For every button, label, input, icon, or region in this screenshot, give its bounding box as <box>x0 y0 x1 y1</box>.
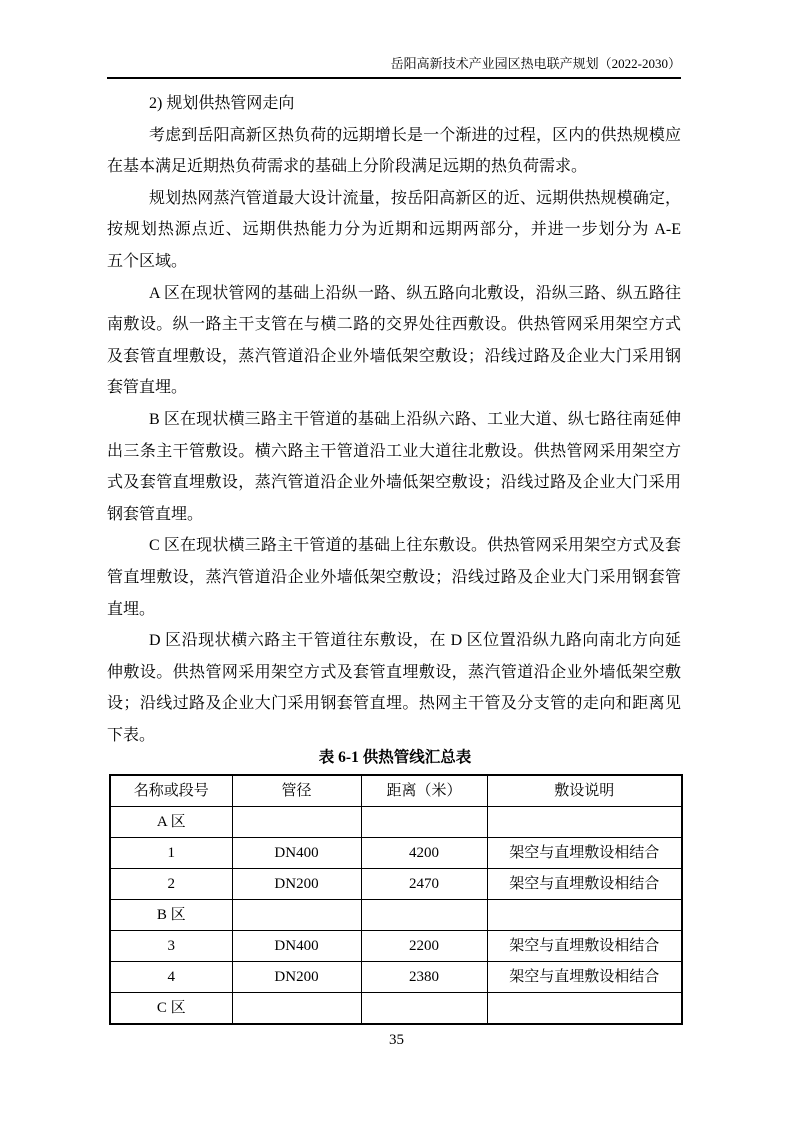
paragraph-line: 式及套管直埋敷设，蒸汽管道沿企业外墙低架空敷设；沿线过路及企业大门采用 <box>107 467 681 499</box>
table-cell <box>361 993 487 1025</box>
table-cell: 4 <box>110 962 232 993</box>
table-header-cell: 名称或段号 <box>110 775 232 807</box>
paragraph-line: 南敷设。纵一路主干支管在与横二路的交界处往西敷设。供热管网采用架空方式 <box>107 309 681 341</box>
page-header-title: 岳阳高新技术产业园区热电联产规划（2022-2030） <box>391 56 681 71</box>
table-cell <box>232 807 361 838</box>
table-cell: 4200 <box>361 838 487 869</box>
table-cell: DN200 <box>232 962 361 993</box>
paragraph-line: 伸敷设。供热管网采用架空方式及套管直埋敷设，蒸汽管道沿企业外墙低架空敷 <box>107 657 681 689</box>
table-row: B 区 <box>110 900 682 931</box>
table-cell <box>487 807 682 838</box>
table-row: 1 DN400 4200 架空与直埋敷设相结合 <box>110 838 682 869</box>
table-cell <box>487 993 682 1025</box>
table-cell: DN400 <box>232 931 361 962</box>
table-cell: 架空与直埋敷设相结合 <box>487 931 682 962</box>
paragraph-line: 及套管直埋敷设，蒸汽管道沿企业外墙低架空敷设；沿线过路及企业大门采用钢 <box>107 341 681 373</box>
page-number: 35 <box>0 1030 793 1050</box>
paragraph-line: 管直埋敷设，蒸汽管道沿企业外墙低架空敷设；沿线过路及企业大门采用钢套管 <box>107 562 681 594</box>
paragraph-line: A 区在现状管网的基础上沿纵一路、纵五路向北敷设，沿纵三路、纵五路往 <box>107 278 681 310</box>
paragraph-line: D 区沿现状横六路主干管道往东敷设，在 D 区位置沿纵九路向南北方向延 <box>107 625 681 657</box>
table-header-cell: 敷设说明 <box>487 775 682 807</box>
table-row: 2 DN200 2470 架空与直埋敷设相结合 <box>110 869 682 900</box>
paragraph-line: 出三条主干管敷设。横六路主干管道沿工业大道往北敷设。供热管网采用架空方 <box>107 436 681 468</box>
table-row: 3 DN400 2200 架空与直埋敷设相结合 <box>110 931 682 962</box>
table-cell: 3 <box>110 931 232 962</box>
table-cell: 架空与直埋敷设相结合 <box>487 962 682 993</box>
paragraph-line: B 区在现状横三路主干管道的基础上沿纵六路、工业大道、纵七路往南延伸 <box>107 404 681 436</box>
paragraph-line: 五个区域。 <box>107 246 681 278</box>
table-cell <box>361 900 487 931</box>
table-block: 表 6-1 供热管线汇总表 名称或段号 管径 距离（米） 敷设说明 A 区 <box>109 746 681 1025</box>
paragraph-zone-c: C 区在现状横三路主干管道的基础上往东敷设。供热管网采用架空方式及套 管直埋敷设… <box>107 530 681 625</box>
paragraph-line: 套管直埋。 <box>107 372 681 404</box>
paragraph-intro: 考虑到岳阳高新区热负荷的远期增长是一个渐进的过程，区内的供热规模应 在基本满足近… <box>107 120 681 183</box>
pipeline-summary-table: 名称或段号 管径 距离（米） 敷设说明 A 区 1 DN400 4200 <box>109 774 683 1025</box>
table-row: 4 DN200 2380 架空与直埋敷设相结合 <box>110 962 682 993</box>
table-cell: A 区 <box>110 807 232 838</box>
table-cell <box>232 993 361 1025</box>
table-cell: 架空与直埋敷设相结合 <box>487 869 682 900</box>
table-cell: 2470 <box>361 869 487 900</box>
table-cell: DN200 <box>232 869 361 900</box>
table-cell: 2200 <box>361 931 487 962</box>
table-header-cell: 管径 <box>232 775 361 807</box>
paragraph-line: 在基本满足近期热负荷需求的基础上分阶段满足远期的热负荷需求。 <box>107 151 681 183</box>
table-cell: 架空与直埋敷设相结合 <box>487 838 682 869</box>
table-cell: 2 <box>110 869 232 900</box>
table-header-row: 名称或段号 管径 距离（米） 敷设说明 <box>110 775 682 807</box>
table-cell: 1 <box>110 838 232 869</box>
paragraph-zone-a: A 区在现状管网的基础上沿纵一路、纵五路向北敷设，沿纵三路、纵五路往 南敷设。纵… <box>107 278 681 404</box>
document-page: 岳阳高新技术产业园区热电联产规划（2022-2030） 2) 规划供热管网走向 … <box>0 0 793 1122</box>
paragraph-zone-d: D 区沿现状横六路主干管道往东敷设，在 D 区位置沿纵九路向南北方向延 伸敷设。… <box>107 625 681 751</box>
paragraph-line: 设；沿线过路及企业大门采用钢套管直埋。热网主干管及分支管的走向和距离见 <box>107 688 681 720</box>
table-row: A 区 <box>110 807 682 838</box>
paragraph-line: 直埋。 <box>107 594 681 626</box>
table-row: C 区 <box>110 993 682 1025</box>
paragraph-line: 钢套管直埋。 <box>107 499 681 531</box>
table-header-cell: 距离（米） <box>361 775 487 807</box>
table-caption: 表 6-1 供热管线汇总表 <box>109 746 681 770</box>
page-header: 岳阳高新技术产业园区热电联产规划（2022-2030） <box>107 56 681 79</box>
paragraph-flow-design: 规划热网蒸汽管道最大设计流量，按岳阳高新区的近、远期供热规模确定， 按规划热源点… <box>107 183 681 278</box>
paragraph-line: 按规划热源点近、远期供热能力分为近期和远期两部分，并进一步划分为 A-E <box>107 214 681 246</box>
paragraph-line: C 区在现状横三路主干管道的基础上往东敷设。供热管网采用架空方式及套 <box>107 530 681 562</box>
table-cell <box>361 807 487 838</box>
paragraph-zone-b: B 区在现状横三路主干管道的基础上沿纵六路、工业大道、纵七路往南延伸 出三条主干… <box>107 404 681 530</box>
document-body: 2) 规划供热管网走向 考虑到岳阳高新区热负荷的远期增长是一个渐进的过程，区内的… <box>107 88 681 751</box>
paragraph-line: 考虑到岳阳高新区热负荷的远期增长是一个渐进的过程，区内的供热规模应 <box>107 120 681 152</box>
table-cell: C 区 <box>110 993 232 1025</box>
table-cell: DN400 <box>232 838 361 869</box>
table-cell <box>232 900 361 931</box>
section-heading: 2) 规划供热管网走向 <box>107 88 681 120</box>
table-cell: B 区 <box>110 900 232 931</box>
table-cell: 2380 <box>361 962 487 993</box>
table-cell <box>487 900 682 931</box>
paragraph-line: 规划热网蒸汽管道最大设计流量，按岳阳高新区的近、远期供热规模确定， <box>107 183 681 215</box>
